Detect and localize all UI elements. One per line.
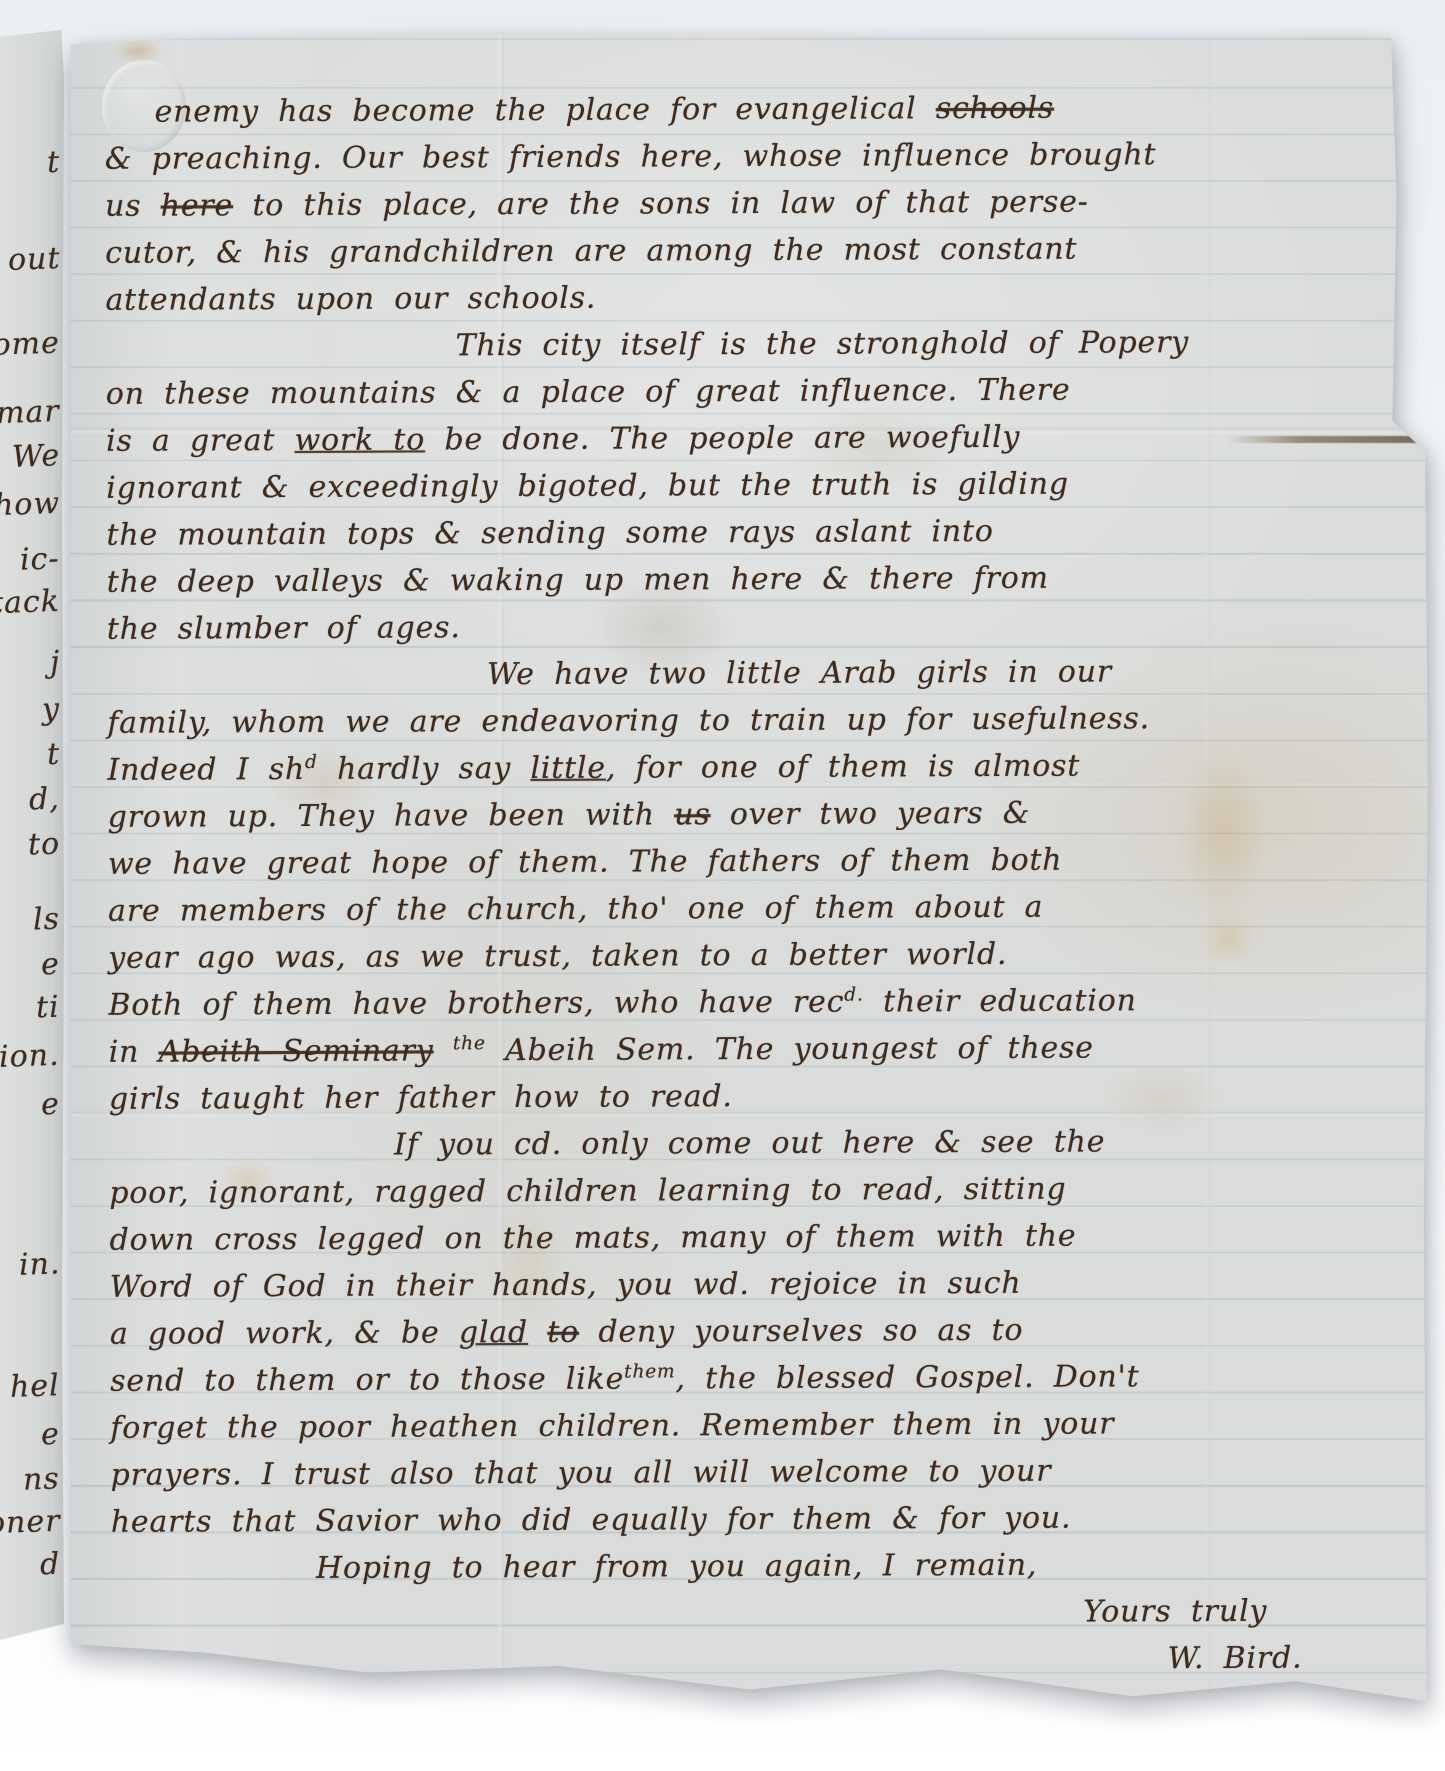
letter-text-segment: their education [864, 983, 1137, 1019]
adjacent-page-fragment: j [49, 648, 60, 678]
letter-text-segment: Indeed I sh [107, 752, 305, 788]
letter-text-segment: work to [295, 422, 426, 458]
letter-text-segment: glad [459, 1315, 528, 1350]
letter-page-wrapper: enemy has become the place for evangelic… [68, 28, 1432, 1708]
letter-text-segment: hardly say [318, 751, 531, 787]
letter-text-segment: poor, ignorant, ragged children learning… [109, 1172, 1066, 1211]
letter-line: prayers. I trust also that you all will … [110, 1446, 1396, 1499]
letter-text-segment: This city itself is the stronghold of Po… [456, 325, 1189, 363]
adjacent-page-fragment: ic- [20, 544, 61, 575]
letter-line: forget the poor heathen children. Rememb… [110, 1399, 1396, 1452]
letter-line: the mountain tops & sending some rays as… [106, 506, 1392, 559]
adjacent-page-fragment: tion. [0, 1041, 61, 1074]
letter-text-segment: prayers. I trust also that you all will … [110, 1454, 1051, 1493]
photograph-of-letter: { "document": { "kind": "handwritten let… [0, 0, 1445, 1771]
adjacent-page-fragment: out [7, 244, 60, 276]
letter-text-segment [528, 1315, 547, 1350]
letter-text-segment: Yours truly [1083, 1594, 1267, 1630]
letter-text-segment: hearts that Savior who did equally for t… [111, 1501, 1072, 1540]
letter-text-segment: Abeih Sem. The youngest of these [486, 1031, 1094, 1069]
adjacent-page-fragment: mar [0, 397, 61, 429]
letter-text-segment: us [674, 797, 710, 832]
letter-text-segment: Abeith Seminary [159, 1033, 434, 1069]
letter-text-segment: them [624, 1361, 675, 1382]
letter-line: we have great hope of them. The fathers … [108, 835, 1394, 888]
letter-line: & preaching. Our best friends here, whos… [105, 130, 1391, 183]
letter-text-segment: down cross legged on the mats, many of t… [109, 1219, 1076, 1258]
letter-text-segment: attendants upon our schools. [105, 281, 596, 318]
letter-text-segment: in [109, 1035, 159, 1070]
letter-line: enemy has become the place for evangelic… [155, 83, 1391, 135]
adjacent-page-fragment: tack [0, 587, 61, 619]
letter-text-segment: here [161, 188, 234, 223]
letter-text-segment: the [453, 1033, 486, 1054]
letter-line: W. Bird. [111, 1634, 1397, 1687]
letter-text-segment: If you cd. only come out here & see the [394, 1124, 1105, 1162]
letter-line: Word of God in their hands, you wd. rejo… [110, 1258, 1396, 1311]
adjacent-page-fragment: to [27, 829, 60, 860]
adjacent-page-fragment: d, [29, 784, 61, 815]
letter-line: the deep valleys & waking up men here & … [107, 553, 1393, 606]
letter-line: attendants upon our schools. [105, 271, 1391, 324]
adjacent-page-fragment: e [41, 950, 61, 981]
letter-text-segment: us [105, 189, 161, 224]
letter-text-segment: schools [936, 91, 1054, 127]
letter-line: family, whom we are endeavoring to train… [107, 694, 1393, 747]
letter-text-segment: Both of them have brothers, who have rec [108, 985, 844, 1023]
letter-body: enemy has become the place for evangelic… [105, 83, 1398, 1687]
letter-line: in Abeith Seminary the Abeih Sem. The yo… [109, 1023, 1395, 1076]
letter-line: us here to this place, are the sons in l… [105, 177, 1391, 230]
letter-text-segment: family, whom we are endeavoring to train… [107, 701, 1150, 741]
adjacent-page-fragment: in. [18, 1249, 60, 1280]
letter-line: the slumber of ages. [107, 600, 1393, 653]
letter-line: If you cd. only come out here & see the [394, 1117, 1395, 1168]
letter-text-segment: enemy has become the place for evangelic… [155, 91, 936, 129]
adjacent-page-sliver: toutSomemarWehowic-tackjytd,tolsetition.… [0, 30, 64, 1640]
letter-text-segment: d. [844, 985, 864, 1006]
letter-text-segment: , the blessed Gospel. Don't [675, 1359, 1139, 1396]
letter-text-segment: Hoping to hear from you again, I remain, [316, 1548, 1037, 1586]
letter-text-segment: the mountain tops & sending some rays as… [106, 514, 993, 553]
adjacent-page-fragment: t [46, 148, 60, 178]
letter-line: This city itself is the stronghold of Po… [456, 318, 1392, 369]
letter-line: cutor, & his grandchildren are among the… [105, 224, 1391, 277]
letter-line: Yours truly [111, 1587, 1397, 1640]
letter-text-segment: to this place, are the sons in law of th… [233, 185, 1089, 224]
adjacent-page-fragment: e [41, 1420, 61, 1451]
letter-text-segment: send to them or to those like [110, 1362, 624, 1399]
adjacent-page-fragment: how [0, 489, 61, 521]
adjacent-page-fragment: e [41, 1090, 61, 1121]
letter-line: grown up. They have been with us over tw… [108, 788, 1394, 841]
letter-line: Hoping to hear from you again, I remain, [316, 1540, 1397, 1592]
letter-line: are members of the church, tho' one of t… [108, 882, 1394, 935]
letter-line: girls taught her father how to read. [109, 1070, 1395, 1123]
letter-text-segment: the deep valleys & waking up men here & … [107, 561, 1049, 600]
letter-text-segment: are members of the church, tho' one of t… [108, 890, 1043, 929]
letter-line: poor, ignorant, ragged children learning… [109, 1164, 1395, 1217]
adjacent-page-fragment: ns [23, 1464, 61, 1495]
letter-line: ignorant & exceedingly bigoted, but the … [106, 459, 1392, 512]
letter-line: a good work, & be glad to deny yourselve… [110, 1305, 1396, 1358]
adjacent-page-fragment: oner [0, 1507, 61, 1540]
letter-text-segment: & preaching. Our best friends here, whos… [105, 137, 1157, 177]
letter-line: on these mountains & a place of great in… [106, 365, 1392, 418]
letter-text-segment: be done. The people are woefully [425, 420, 1020, 458]
letter-text-segment: We have two little Arab girls in our [487, 654, 1112, 692]
letter-text-segment: , for one of them is almost [606, 749, 1080, 786]
letter-text-segment: grown up. They have been with [108, 797, 675, 834]
letter-line: Indeed I shd hardly say little, for one … [107, 741, 1393, 794]
adjacent-page-fragment: ti [36, 993, 61, 1024]
letter-text-segment: forget the poor heathen children. Rememb… [110, 1406, 1114, 1445]
letter-text-segment [433, 1033, 452, 1068]
letter-text-segment: the slumber of ages. [107, 610, 461, 647]
letter-text-segment: is a great [106, 423, 295, 459]
letter-text-segment: to [547, 1315, 579, 1350]
letter-text-segment: a good work, & be [110, 1315, 459, 1352]
adjacent-page-fragment: We [11, 441, 60, 473]
letter-text-segment: we have great hope of them. The fathers … [108, 843, 1063, 882]
letter-text-segment: d [305, 752, 318, 773]
letter-text-segment: over two years & [710, 796, 1030, 832]
adjacent-page-fragment: hel [10, 1371, 61, 1403]
letter-line: Both of them have brothers, who have rec… [108, 976, 1394, 1029]
letter-text-segment: deny yourselves so as to [579, 1313, 1023, 1350]
letter-text-segment: ignorant & exceedingly bigoted, but the … [106, 467, 1069, 506]
letter-line: send to them or to those likethem, the b… [110, 1352, 1396, 1405]
adjacent-page-fragment: y [42, 695, 61, 726]
letter-line: hearts that Savior who did equally for t… [111, 1493, 1397, 1546]
letter-line: We have two little Arab girls in our [487, 647, 1393, 698]
letter-text-segment: Word of God in their hands, you wd. rejo… [110, 1266, 1022, 1305]
letter-line: down cross legged on the mats, many of t… [109, 1211, 1395, 1264]
letter-text-segment: W. Bird. [1168, 1641, 1303, 1677]
letter-text-segment: on these mountains & a place of great in… [106, 373, 1071, 412]
adjacent-page-fragment: Some [0, 328, 60, 361]
adjacent-page-fragment: ls [32, 905, 60, 936]
letter-line: is a great work to be done. The people a… [106, 412, 1392, 465]
letter-text-segment: girls taught her father how to read. [109, 1079, 733, 1117]
letter-text-segment: cutor, & his grandchildren are among the… [105, 232, 1077, 271]
letter-text-segment: year ago was, as we trust, taken to a be… [108, 937, 1007, 976]
adjacent-page-fragment: t [46, 740, 60, 770]
letter-line: year ago was, as we trust, taken to a be… [108, 929, 1394, 982]
adjacent-page-fragment: d [39, 1550, 60, 1581]
letter-page: enemy has become the place for evangelic… [68, 28, 1432, 1708]
letter-text-segment: little [530, 751, 606, 786]
